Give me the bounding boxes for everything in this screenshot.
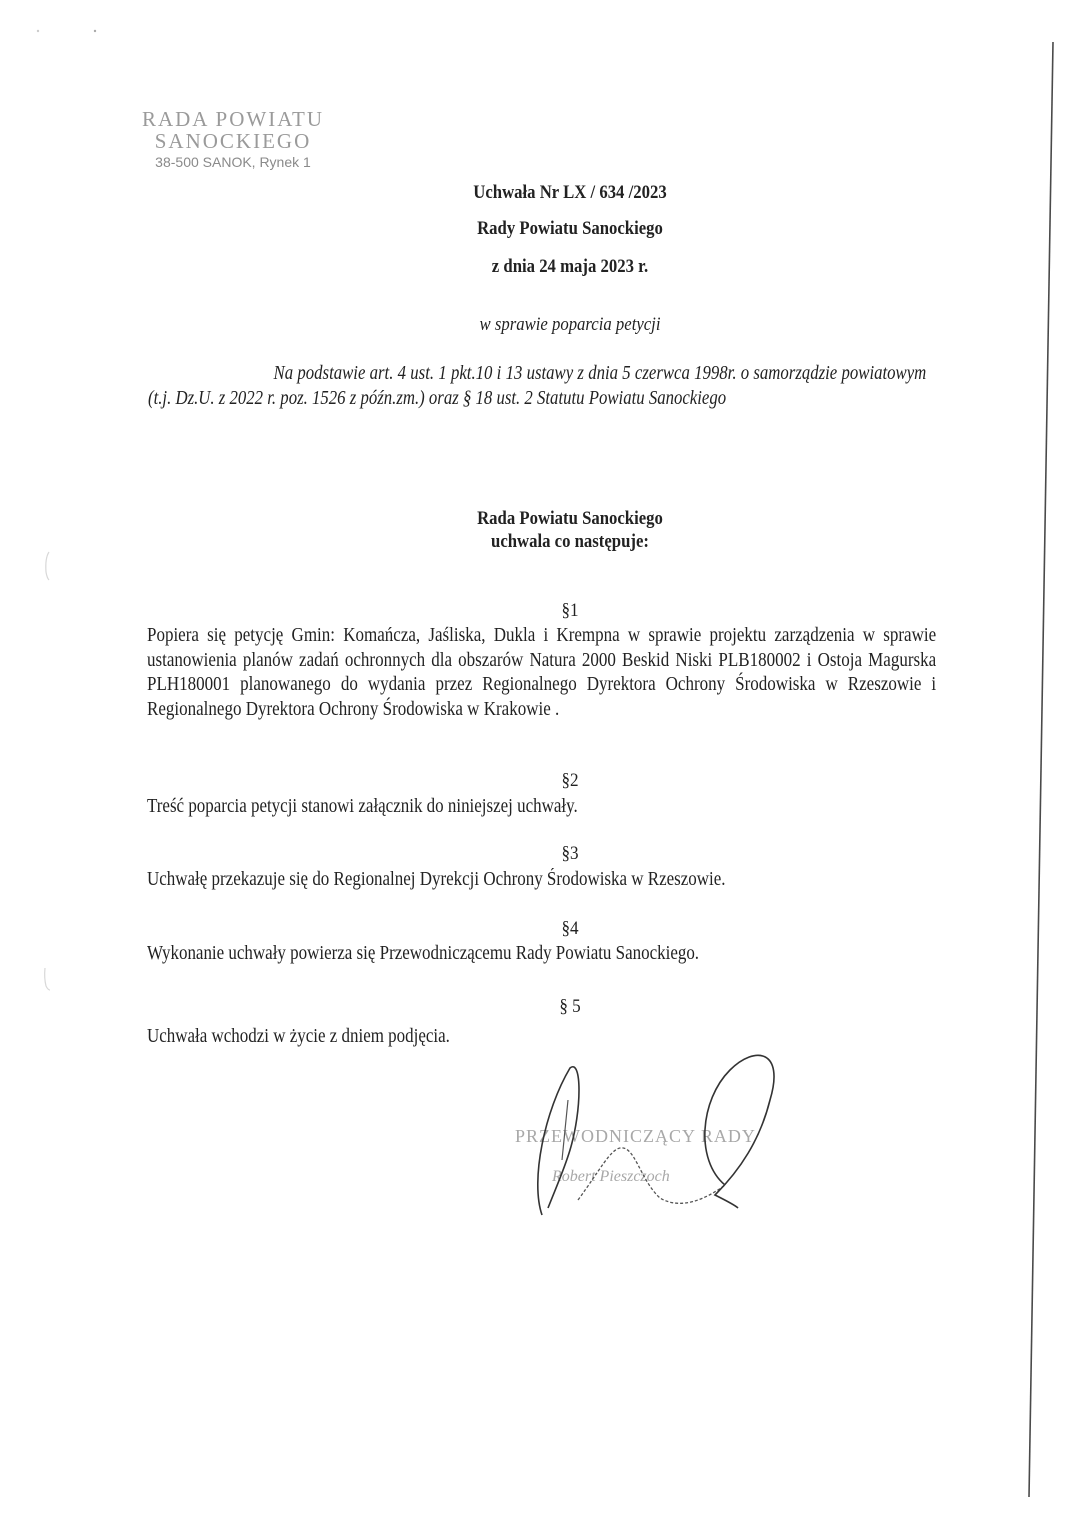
- paragraph-mark-3: §3: [327, 843, 813, 865]
- resolution-date: z dnia 24 maja 2023 r.: [332, 256, 807, 278]
- council-declaration: uchwala co następuje:: [332, 531, 807, 553]
- paragraph-mark-4: §4: [327, 918, 813, 940]
- stamp-line-1: RADA POWIATU: [118, 108, 348, 130]
- legal-basis-text: Na podstawie art. 4 ust. 1 pkt.10 i 13 u…: [148, 363, 926, 409]
- signature-block: PRZEWODNICZĄCY RADY Robert Pieszczoch: [500, 1040, 800, 1230]
- resolution-number: Uchwała Nr LX / 634 /2023: [332, 182, 807, 204]
- resolution-subject: w sprawie poparcia petycji: [332, 314, 807, 336]
- council-stamp: RADA POWIATU SANOCKIEGO 38-500 SANOK, Ry…: [118, 108, 348, 172]
- paragraph-mark-1: §1: [327, 600, 813, 622]
- paragraph-text-3: Uchwałę przekazuje się do Regionalnej Dy…: [147, 868, 726, 893]
- scanned-document-page: RADA POWIATU SANOCKIEGO 38-500 SANOK, Ry…: [0, 0, 1080, 1526]
- paragraph-text-2: Treść poparcia petycji stanowi załącznik…: [147, 795, 578, 820]
- paragraph-mark-5: § 5: [327, 996, 813, 1018]
- legal-basis: Na podstawie art. 4 ust. 1 pkt.10 i 13 u…: [148, 362, 926, 411]
- paragraph-mark-2: §2: [327, 770, 813, 792]
- paragraph-text-5: Uchwała wchodzi w życie z dniem podjęcia…: [147, 1025, 450, 1050]
- stamp-address: 38-500 SANOK, Rynek 1: [118, 152, 348, 172]
- council-name: Rada Powiatu Sanockiego: [332, 508, 807, 530]
- handwritten-signature: [500, 1040, 800, 1230]
- paragraph-text-4: Wykonanie uchwały powierza się Przewodni…: [147, 942, 699, 967]
- paragraph-text-1: Popiera się petycję Gmin: Komańcza, Jaśl…: [147, 624, 936, 722]
- resolution-issuer: Rady Powiatu Sanockiego: [332, 218, 807, 240]
- stamp-line-2: SANOCKIEGO: [118, 130, 348, 152]
